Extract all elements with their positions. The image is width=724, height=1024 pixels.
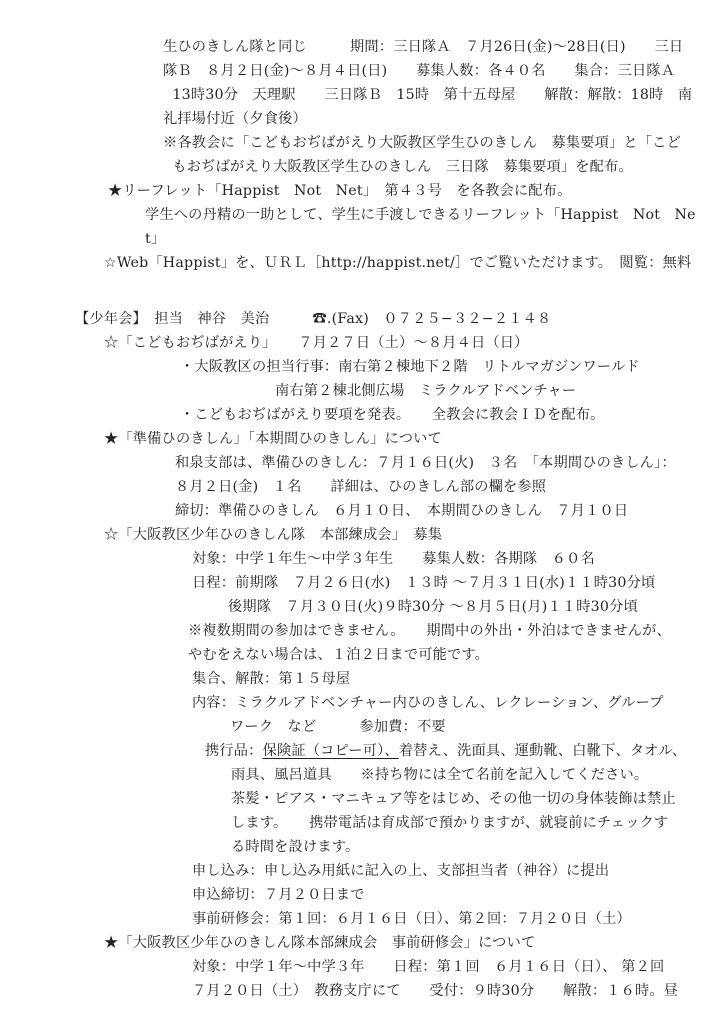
web-link-line: ☆Web「Happist」を、ＵＲＬ［http://happist.net/］で… [104,254,691,272]
leaflet-body: 学生への丹精の一助として、学生に手渡しできるリーフレット「Happist Not… [145,206,696,224]
leaflet-body: t」 [145,230,165,248]
text-line: ワーク など 参加費：不要 [230,718,446,736]
items-rest: 着替え、洗面具、運動靴、白靴下、タオル、 [399,743,686,759]
text-line: ８月２日(金) １名 詳細は、ひのきしん部の欄を参照 [175,478,546,496]
text-line: 申し込み：申し込み用紙に記入の上、支部担当者（神谷）に提出 [192,862,609,880]
kodomo-ojiba-title: ☆「こどもおぢばがえり」 ７月２７日（土）〜８月４日（日） [104,334,529,352]
list-item: ・大阪教区の担当行事：南右第２棟地下２階 リトルマガジンワールド [180,358,640,376]
document-page: 生ひのきしん隊と同じ 期間：三日隊Ａ ７月26日(金)〜28日(日) 三日 隊Ｂ… [0,0,724,1024]
text-line: 締切：準備ひのきしん ６月１０日、 本期間ひのきしん ７月１０日 [175,502,628,520]
note-line: ※各教会に「こどもおぢばがえり大阪教区学生ひのきしん 募集要項」と「こど [163,134,681,152]
text-line: 雨具、風呂道具 ※持ち物には全て名前を記入してください。 [231,766,648,784]
jizen-title: ★「大阪教区少年ひのきしん隊本部練成会 事前研修会」について [104,934,535,952]
text-line: 和泉支部は、準備ひのきしん：７月１６日(火) ３名 「本期間ひのきしん」： [175,454,676,472]
section-header-shonenkai: 【少年会】 担当 神谷 美治 ☎.(Fax) ０７２５−３２−２１４８ [75,310,551,328]
text-line: 集合、解散：第１５母屋 [192,670,350,688]
rensei-title: ☆「大阪教区少年ひのきしん隊 本部練成会」 募集 [104,526,442,544]
text-line: 対象：中学１年生〜中学３年生 募集人数：各期隊 ６０名 [192,550,595,568]
text-line: 後期隊 ７月３０日(火)９時30分 〜８月５日(月)１１時30分頃 [228,598,638,616]
text-line: します。 携帯電話は育成部で預かりますが、就寝前にチェックす [231,814,668,832]
junbi-title: ★「準備ひのきしん」「本期間ひのきしん」について [104,430,442,448]
text-line: 13時30分 天理駅 三日隊Ｂ 15時 第十五母屋 解散：解散：18時 南 [163,86,692,104]
note-line: やむをえない場合は、１泊２日まで可能です。 [188,646,489,664]
text-line: 事前研修会：第１回：６月１６日（日）、第２回：７月２０日（土） [192,910,631,928]
text-line: 内容：ミラクルアドベンチャー内ひのきしん、レクレーション、グループ [192,694,664,712]
insurance-card-underlined: 保険証（コピー可）、 [263,743,399,759]
text-line: 日程：前期隊 ７月２６日(水) １３時 〜７月３１日(水)１１時30分頃 [192,574,655,592]
text-line: 隊Ｂ ８月２日(金)〜８月４日(日) 募集人数：各４０名 集合：三日隊Ａ [163,62,675,80]
leaflet-heading: ★リーフレット「Happist Not Net」 第４３号 を各教会に配布。 [108,182,571,200]
text-line: 礼拝場付近（夕食後） [163,110,307,128]
list-item: 南右第２棟北側広場 ミラクルアドベンチャー [275,382,576,400]
text-line: る時間を設けます。 [231,838,359,856]
note-line: ※複数期間の参加はできません。 期間中の外出・外泊はできませんが、 [188,622,671,640]
text-line: 生ひのきしん隊と同じ 期間：三日隊Ａ ７月26日(金)〜28日(日) 三日 [163,38,683,56]
text-line: 申込締切：７月２０日まで [192,886,365,904]
text-line: 茶髪・ピアス・マニキュア等をはじめ、その他一切の身体装飾は禁止 [231,790,676,808]
text-line: 対象：中学１年〜中学３年 日程：第１回 ６月１６日（日）、 第２回 [192,958,664,976]
list-item: ・こどもおぢばがえり要項を発表。 全教会に教会ＩＤを配布。 [180,406,605,424]
note-line: もおぢばがえり大阪教区学生ひのきしん 三日隊 募集要項」を配布。 [163,158,633,176]
text-line: ７月２０日（土） 教務支庁にて 受付：９時30分 解散：１６時。昼 [192,982,678,1000]
items-line: 携行品：保険証（コピー可）、着替え、洗面具、運動靴、白靴下、タオル、 [205,742,686,760]
items-label: 携行品： [205,743,263,759]
